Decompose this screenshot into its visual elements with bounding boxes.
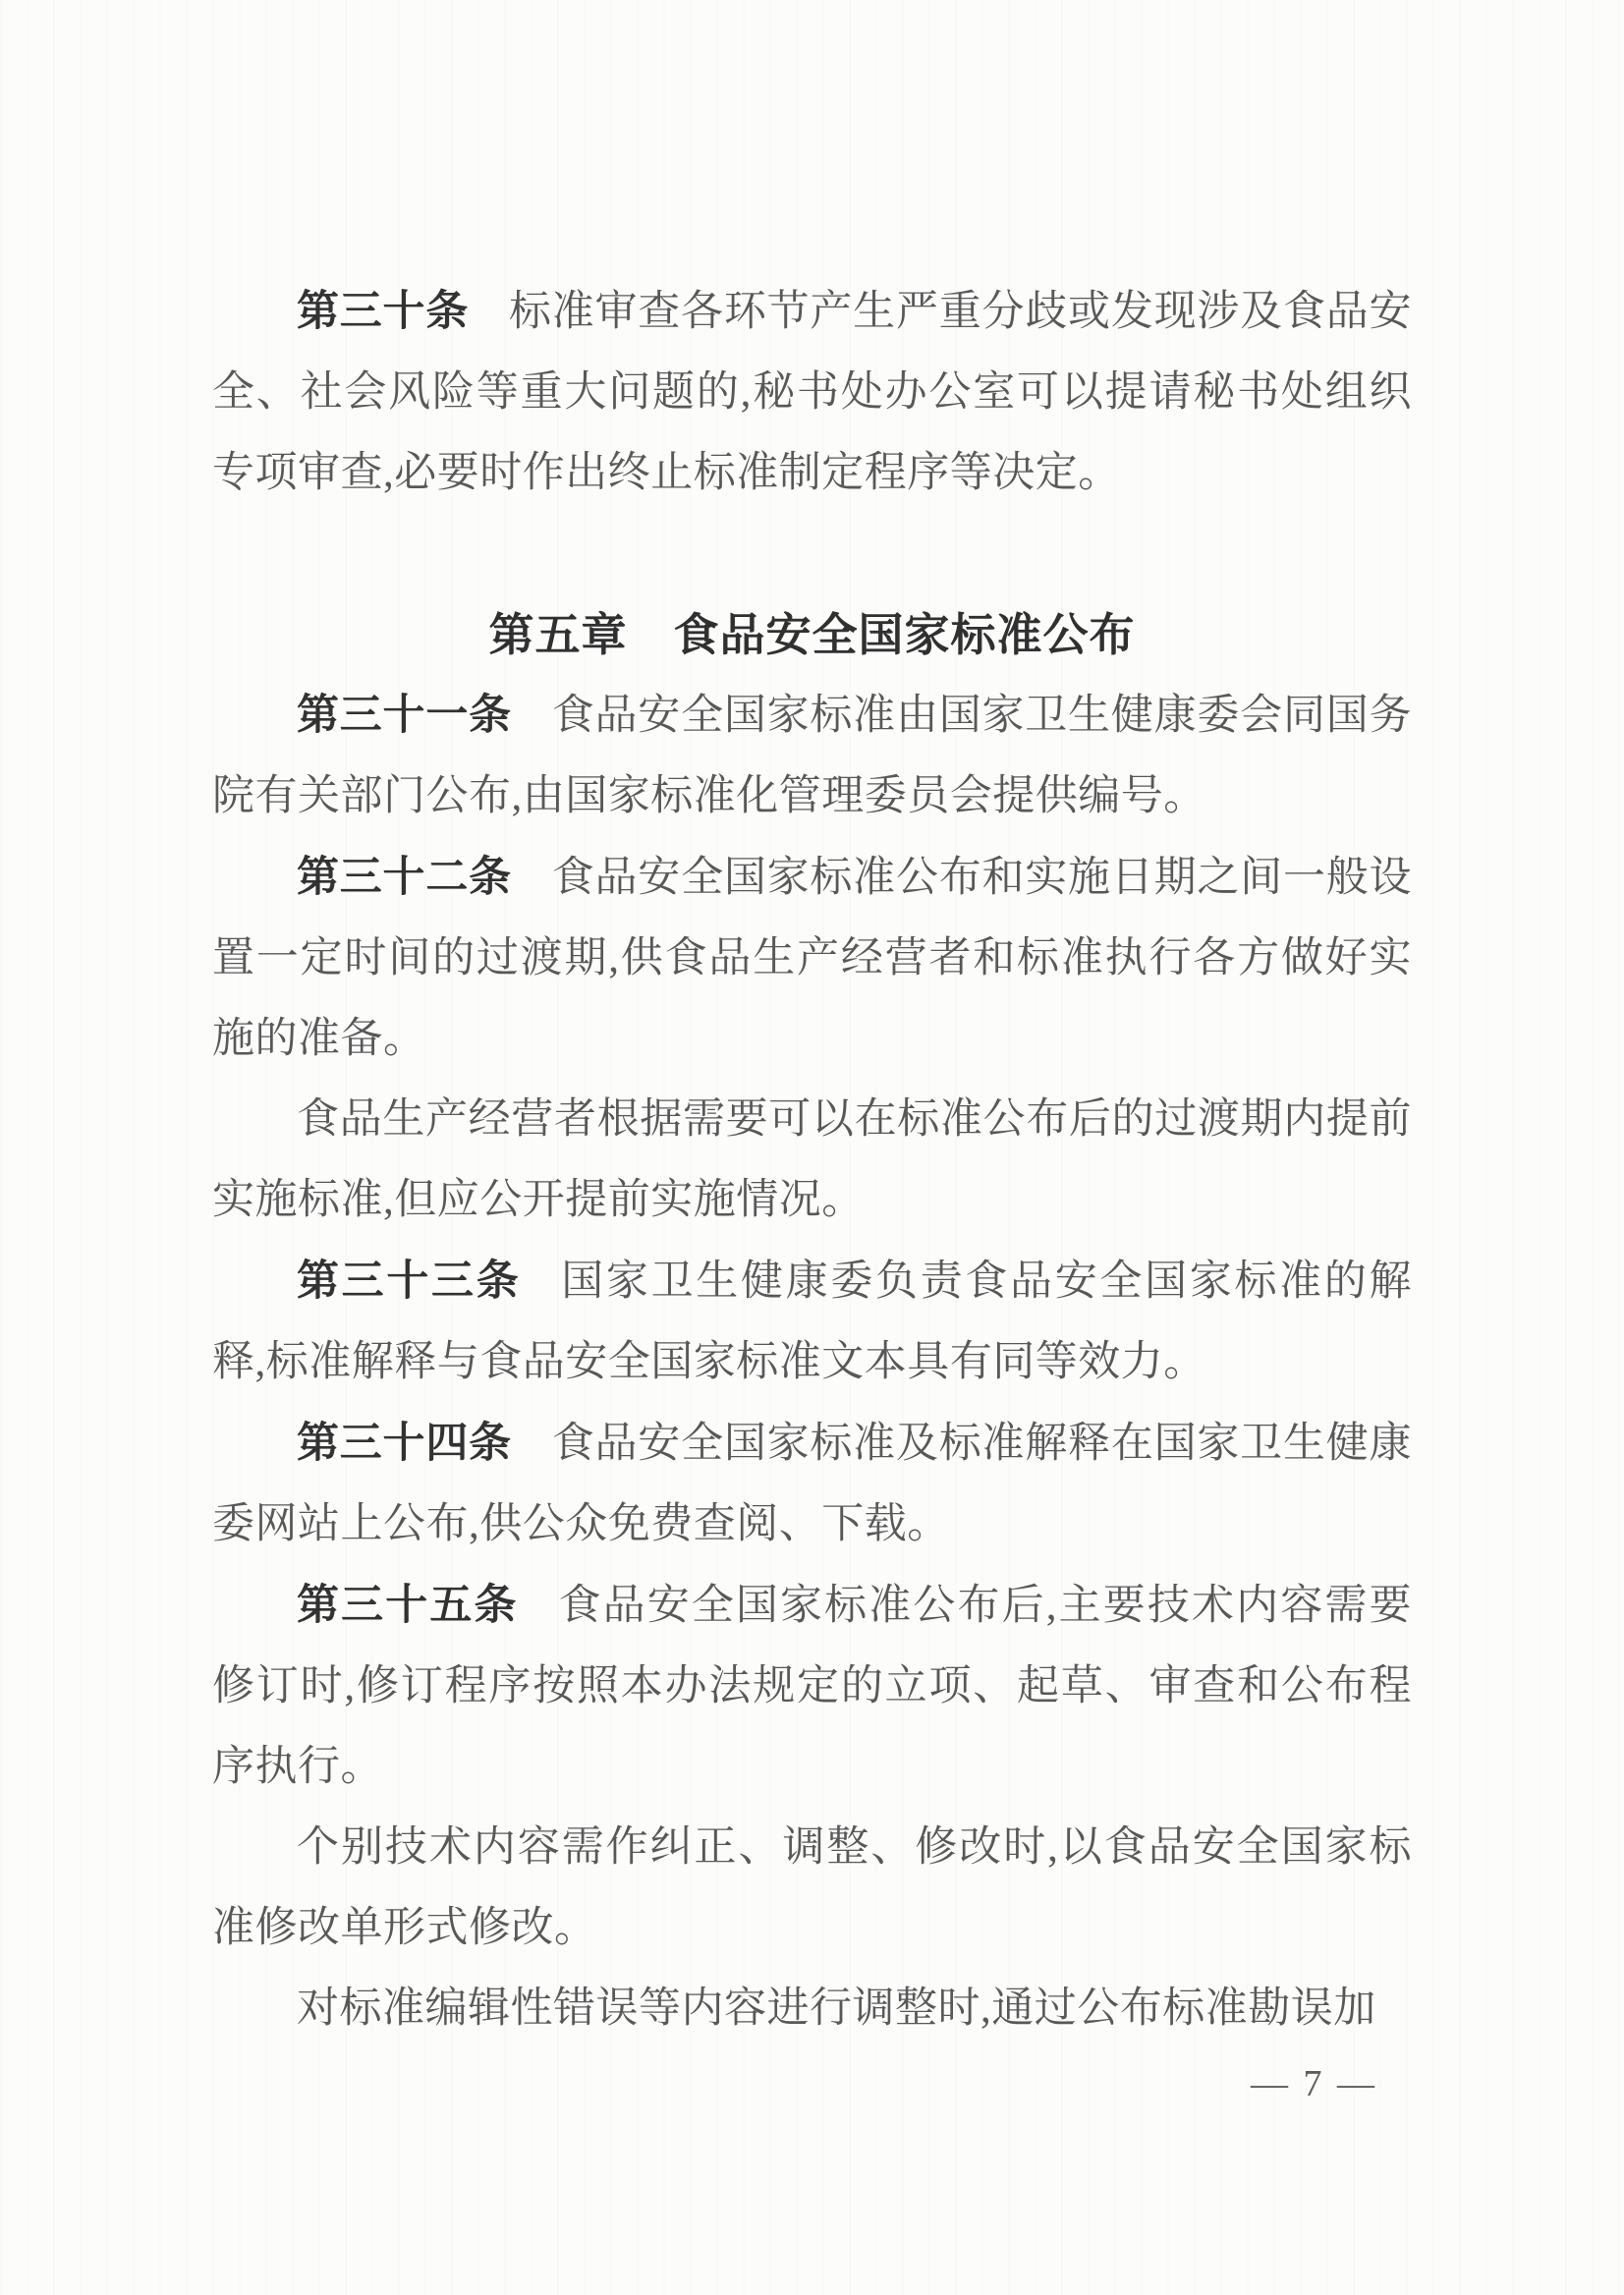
- continuation-paragraph: 对标准编辑性错误等内容进行调整时,通过公布标准勘误加: [212, 1969, 1412, 2049]
- article-number: 第三十一条: [297, 692, 512, 739]
- article-number: 第三十四条: [297, 1420, 512, 1467]
- article-text: 对标准编辑性错误等内容进行调整时,通过公布标准勘误加: [297, 1986, 1376, 2032]
- article-text: 食品生产经营者根据需要可以在标准公布后的过渡期内提前实施标准,但应公开提前实施情…: [212, 1096, 1412, 1223]
- article-paragraph: 第三十一条食品安全国家标准由国家卫生健康委会同国务院有关部门公布,由国家标准化管…: [212, 675, 1412, 837]
- article-paragraph: 第三十五条食品安全国家标准公布后,主要技术内容需要修订时,修订程序按照本办法规定…: [212, 1565, 1412, 1808]
- article-number: 第三十二条: [297, 854, 512, 901]
- article-paragraph: 第三十条标准审查各环节产生严重分歧或发现涉及食品安全、社会风险等重大问题的,秘书…: [212, 271, 1412, 514]
- article-number: 第三十三条: [297, 1258, 521, 1305]
- article-paragraph: 第三十四条食品安全国家标准及标准解释在国家卫生健康委网站上公布,供公众免费查阅、…: [212, 1403, 1412, 1565]
- article-number: 第三十条: [297, 288, 469, 335]
- article-paragraph: 第三十二条食品安全国家标准公布和实施日期之间一般设置一定时间的过渡期,供食品生产…: [212, 837, 1412, 1080]
- continuation-paragraph: 食品生产经营者根据需要可以在标准公布后的过渡期内提前实施标准,但应公开提前实施情…: [212, 1080, 1412, 1241]
- chapter-heading: 第五章 食品安全国家标准公布: [212, 594, 1412, 675]
- document-page: 第三十条标准审查各环节产生严重分歧或发现涉及食品安全、社会风险等重大问题的,秘书…: [0, 0, 1624, 2295]
- article-text: 个别技术内容需作纠正、调整、修改时,以食品安全国家标准修改单形式修改。: [212, 1824, 1412, 1951]
- article-paragraph: 第三十三条国家卫生健康委负责食品安全国家标准的解释,标准解释与食品安全国家标准文…: [212, 1241, 1412, 1403]
- continuation-paragraph: 个别技术内容需作纠正、调整、修改时,以食品安全国家标准修改单形式修改。: [212, 1808, 1412, 1969]
- document-body: 第三十条标准审查各环节产生严重分歧或发现涉及食品安全、社会风险等重大问题的,秘书…: [212, 271, 1412, 2049]
- article-number: 第三十五条: [297, 1582, 519, 1629]
- page-number: — 7 —: [1251, 2063, 1377, 2104]
